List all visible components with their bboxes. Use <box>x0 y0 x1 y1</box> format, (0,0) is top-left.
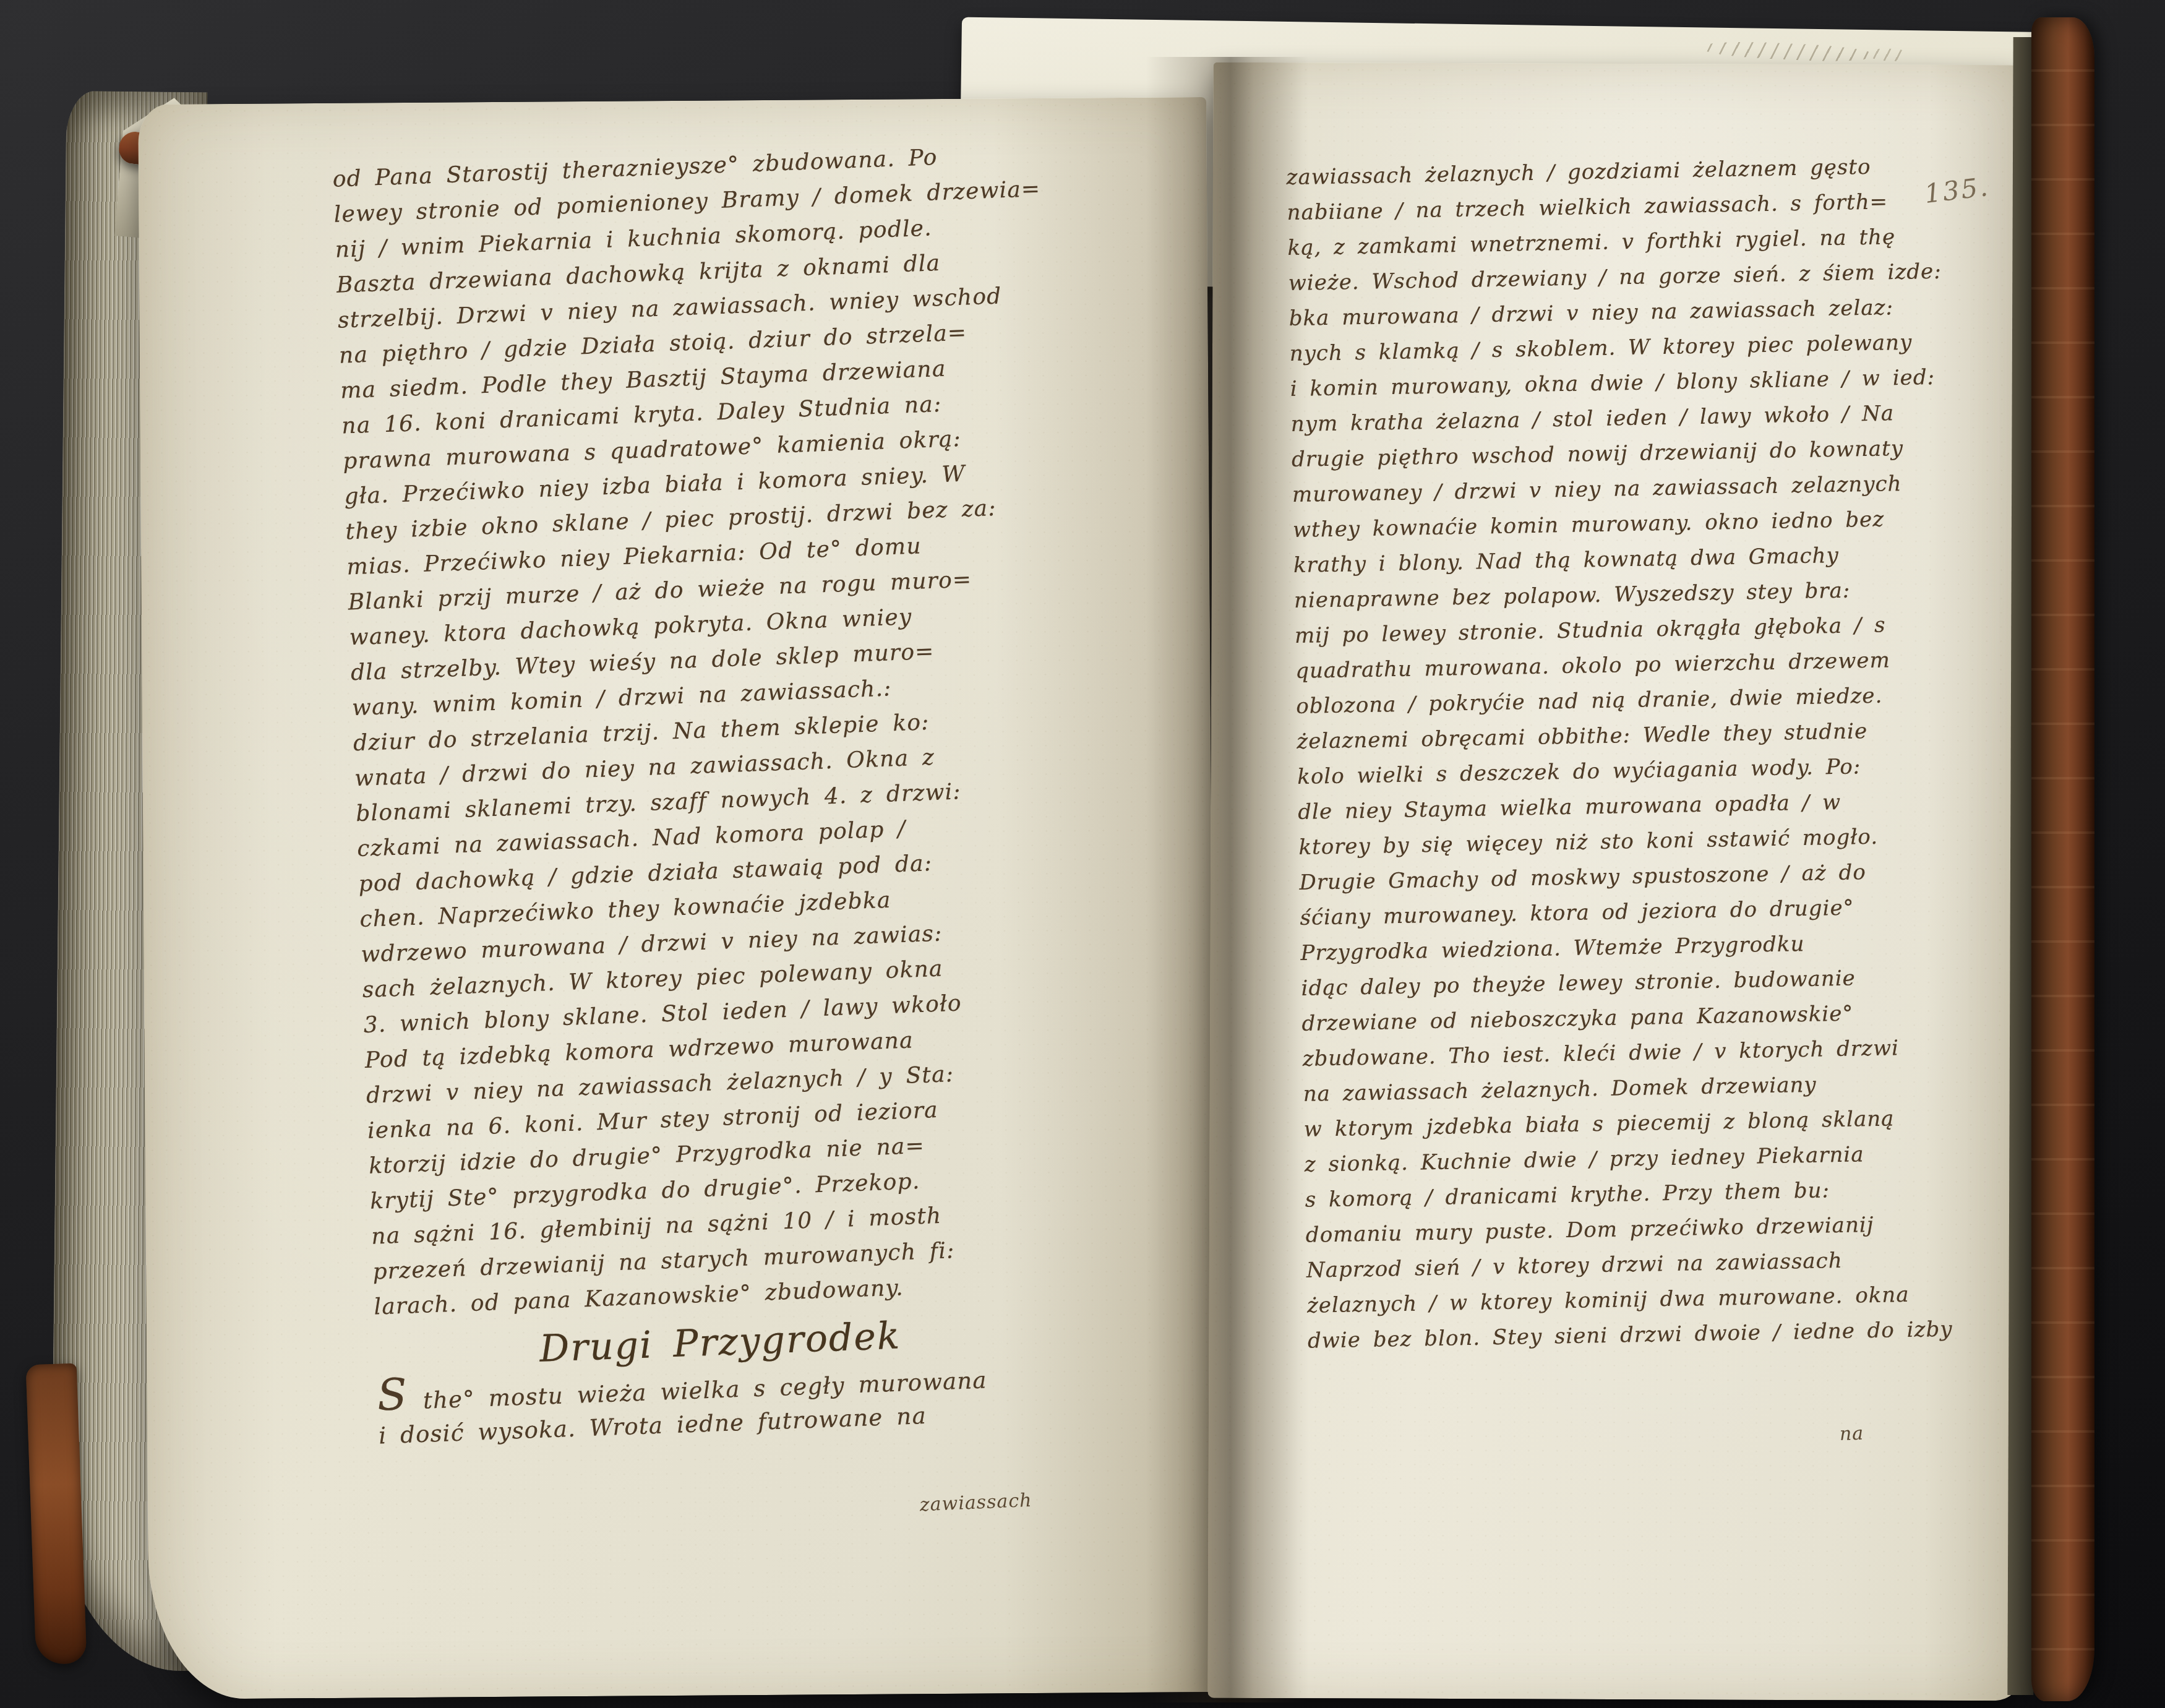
catchword: na <box>1839 1423 1864 1445</box>
left-page-closing: S the° mostu wieża wielka s cegły murowa… <box>377 1357 1086 1454</box>
left-page-body: od Pana Starostij theraznieysze° zbudowa… <box>332 136 1081 1325</box>
right-cover-spine <box>2031 17 2094 1701</box>
faint-edge-writing <box>1700 40 1874 64</box>
left-page: od Pana Starostij theraznieysze° zbudowa… <box>138 97 1217 1699</box>
faint-edge-writing <box>1868 48 1910 62</box>
photo-background: od Pana Starostij theraznieysze° zbudowa… <box>0 0 2165 1708</box>
right-page-body: zawiassach żelaznych / gozdziami żelazne… <box>1286 148 1961 1359</box>
catchword: zawiassach <box>919 1490 1032 1516</box>
left-cover-leather <box>26 1363 87 1665</box>
left-page-text: od Pana Starostij theraznieysze° zbudowa… <box>332 136 1086 1453</box>
right-page: 135. zawiassach żelaznych / gozdziami że… <box>1207 62 2027 1701</box>
right-page-text: zawiassach żelaznych / gozdziami żelazne… <box>1286 148 1961 1359</box>
